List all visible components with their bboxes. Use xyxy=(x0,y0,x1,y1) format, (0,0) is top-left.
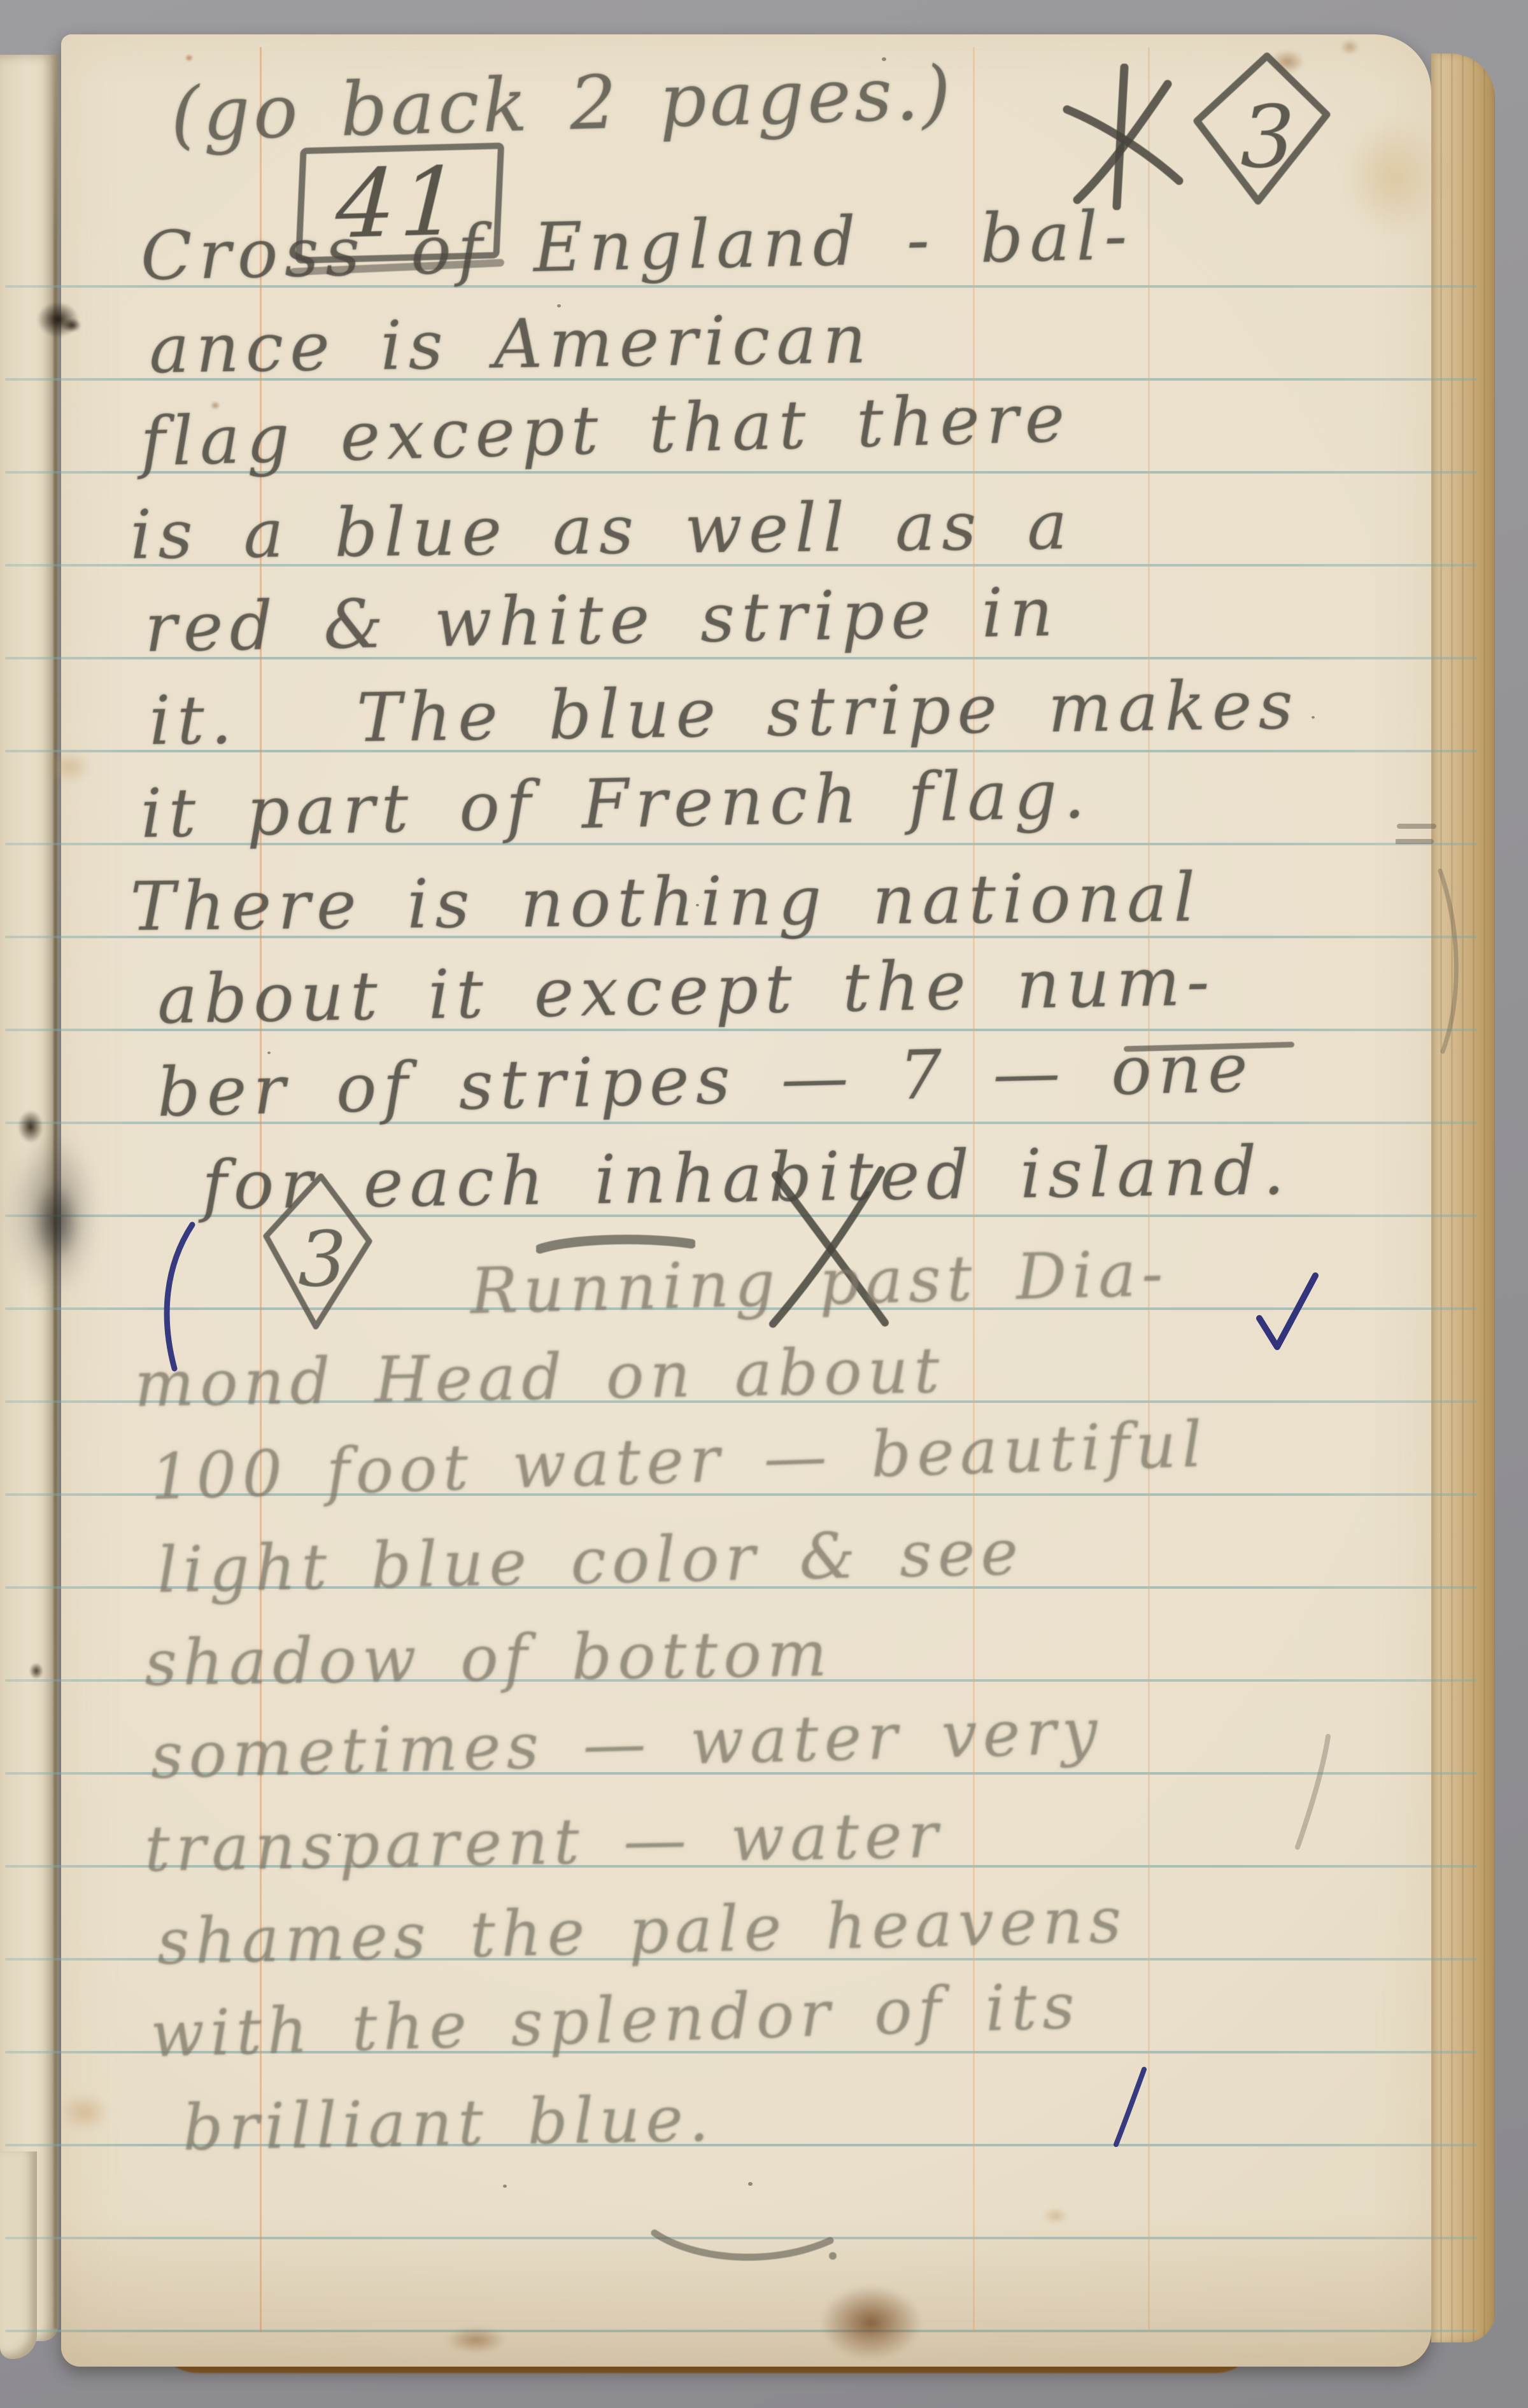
handwritten-line: shadow of bottom xyxy=(145,1623,833,1695)
diamond-number: 3 xyxy=(1240,87,1295,187)
handwritten-line: is a blue as well as a xyxy=(130,491,1074,569)
fox-spot xyxy=(185,54,194,62)
asterisk-mark-icon xyxy=(1049,64,1196,210)
handwritten-line: brilliant blue. xyxy=(182,2087,715,2160)
diamond-number: 3 xyxy=(298,1216,346,1304)
bottom-stain xyxy=(446,2327,506,2353)
diamond-3-section-mark: 3 xyxy=(262,1172,374,1332)
scanned-notebook-photo: { "scene": { "description": "Scanned han… xyxy=(0,0,1528,2408)
page-stack-fore-edge xyxy=(1431,53,1495,2342)
fore-edge-equals-stroke xyxy=(1396,820,1438,848)
handwritten-line: transparent — water xyxy=(144,1804,944,1881)
blue-slash-mark xyxy=(1111,2066,1149,2148)
handwritten-line: red & white stripe in xyxy=(144,579,1060,662)
fore-edge-tail-stroke xyxy=(1292,1731,1337,1852)
age-stain xyxy=(59,2093,110,2131)
dust-speck xyxy=(748,2182,753,2186)
handwritten-line: ance is American xyxy=(149,306,874,383)
diamond-3-mark: 3 xyxy=(1192,51,1332,207)
age-stain xyxy=(1043,2207,1068,2224)
handwritten-line: about it except the num- xyxy=(157,948,1216,1034)
age-stain xyxy=(47,751,92,783)
bottom-stain xyxy=(820,2285,922,2360)
handwritten-line: Cross of England - bal- xyxy=(140,202,1134,290)
age-stain xyxy=(1343,118,1442,236)
fox-spot xyxy=(1340,39,1359,55)
end-flourish-mark xyxy=(649,2216,840,2274)
handwritten-line: light blue color & see xyxy=(157,1521,1024,1602)
previous-page-corner xyxy=(0,2151,37,2359)
dust-speck xyxy=(503,2185,507,2188)
dust-speck xyxy=(1312,716,1315,719)
handwritten-line: it part of French flag. xyxy=(140,761,1092,848)
handwritten-line: Running past Dia- xyxy=(469,1242,1169,1323)
charcoal-smudge xyxy=(33,1183,79,1262)
handwritten-line: There is nothing national xyxy=(130,864,1201,941)
ink-blot xyxy=(29,1663,43,1679)
fore-edge-curve-stroke xyxy=(1434,866,1472,1057)
blue-check-mark xyxy=(1256,1271,1319,1356)
handwritten-line: it. The blue stripe makes xyxy=(149,672,1300,755)
ink-blot xyxy=(62,318,81,332)
handwritten-line: mond Head on about xyxy=(134,1339,945,1416)
